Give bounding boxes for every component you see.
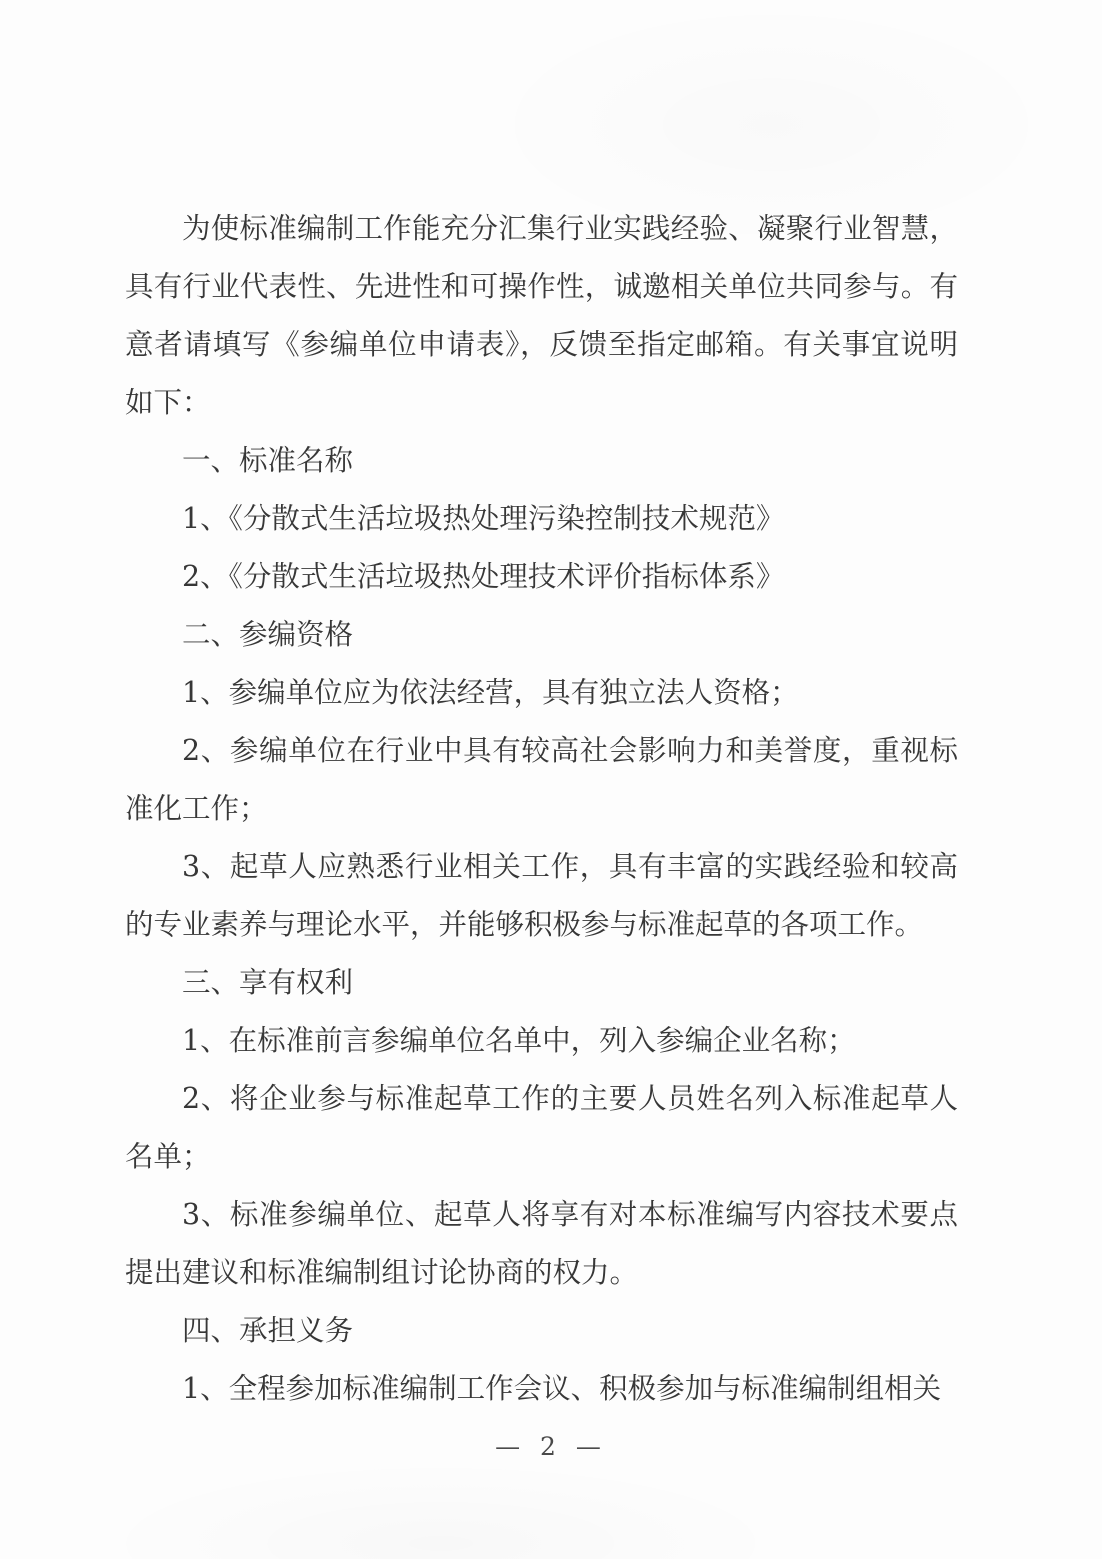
list-item-1-2: 2、《分散式生活垃圾热处理技术评价指标体系》 bbox=[125, 548, 958, 606]
document-body: 为使标准编制工作能充分汇集行业实践经验、凝聚行业智慧，具有行业代表性、先进性和可… bbox=[125, 200, 958, 1418]
heading-section-4: 四、承担义务 bbox=[125, 1302, 958, 1360]
heading-section-1: 一、标准名称 bbox=[125, 432, 958, 490]
heading-section-2: 二、参编资格 bbox=[125, 606, 958, 664]
page-footer: — 2 — bbox=[0, 1428, 1102, 1466]
list-item-3-3: 3、标准参编单位、起草人将享有对本标准编写内容技术要点提出建议和标准编制组讨论协… bbox=[125, 1186, 958, 1302]
list-item-3-2: 2、将企业参与标准起草工作的主要人员姓名列入标准起草人名单； bbox=[125, 1070, 958, 1186]
list-item-2-3: 3、起草人应熟悉行业相关工作，具有丰富的实践经验和较高的专业素养与理论水平，并能… bbox=[125, 838, 958, 954]
list-item-2-2: 2、参编单位在行业中具有较高社会影响力和美誉度，重视标准化工作； bbox=[125, 722, 958, 838]
heading-section-3: 三、享有权利 bbox=[125, 954, 958, 1012]
page-number: — 2 — bbox=[495, 1432, 607, 1461]
document-page: 为使标准编制工作能充分汇集行业实践经验、凝聚行业智慧，具有行业代表性、先进性和可… bbox=[0, 0, 1102, 1559]
list-item-4-1: 1、全程参加标准编制工作会议、积极参加与标准编制组相关 bbox=[125, 1360, 958, 1418]
list-item-1-1: 1、《分散式生活垃圾热处理污染控制技术规范》 bbox=[125, 490, 958, 548]
list-item-2-1: 1、参编单位应为依法经营，具有独立法人资格； bbox=[125, 664, 958, 722]
list-item-3-1: 1、在标准前言参编单位名单中，列入参编企业名称； bbox=[125, 1012, 958, 1070]
paragraph-intro: 为使标准编制工作能充分汇集行业实践经验、凝聚行业智慧，具有行业代表性、先进性和可… bbox=[125, 200, 958, 432]
